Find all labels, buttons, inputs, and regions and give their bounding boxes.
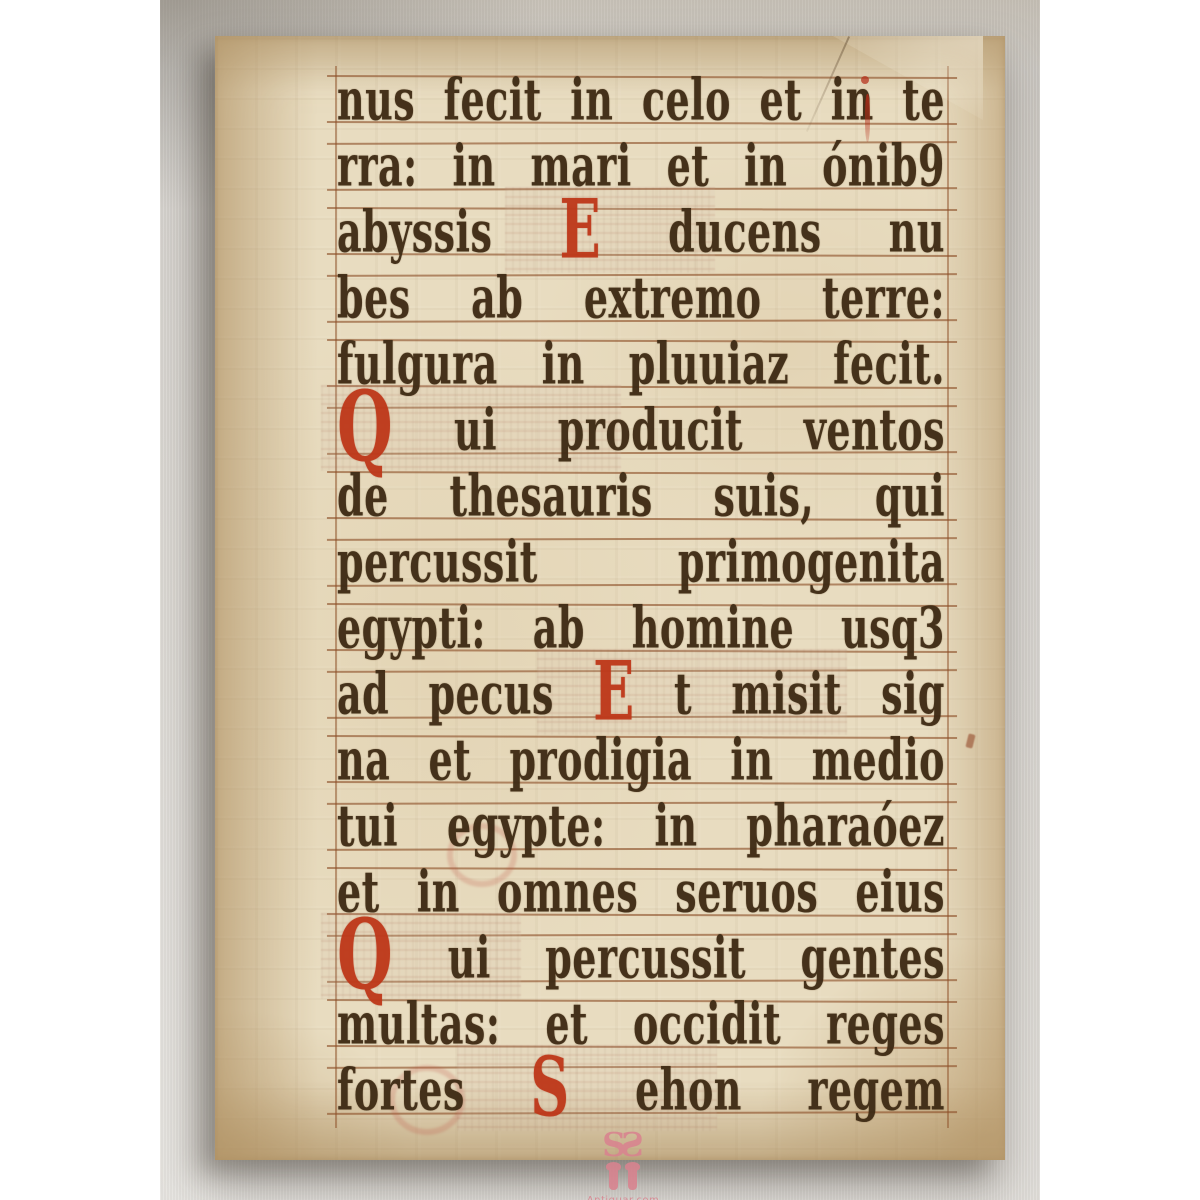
watermark-label: Antiguar.com <box>581 1196 665 1200</box>
manuscript-leaf: nus fecit in celo et in te rra: in mari … <box>215 36 1005 1160</box>
watermark-monogram: SS <box>581 1128 665 1161</box>
manuscript-line: fortes S ehon regem <box>337 1057 945 1123</box>
seller-watermark: SS Antiguar.com <box>581 1128 665 1200</box>
red-ink-drip <box>865 94 870 142</box>
watermark-pillars-icon <box>581 1163 665 1193</box>
margin-ink-mark <box>965 733 975 748</box>
rubricated-initial: S <box>530 1039 570 1135</box>
red-ink-dot <box>861 76 869 84</box>
product-photo: nus fecit in celo et in te rra: in mari … <box>160 0 1040 1200</box>
leaf-shadow-wrap: nus fecit in celo et in te rra: in mari … <box>160 0 1040 1200</box>
text-block: nus fecit in celo et in te rra: in mari … <box>337 67 945 1123</box>
